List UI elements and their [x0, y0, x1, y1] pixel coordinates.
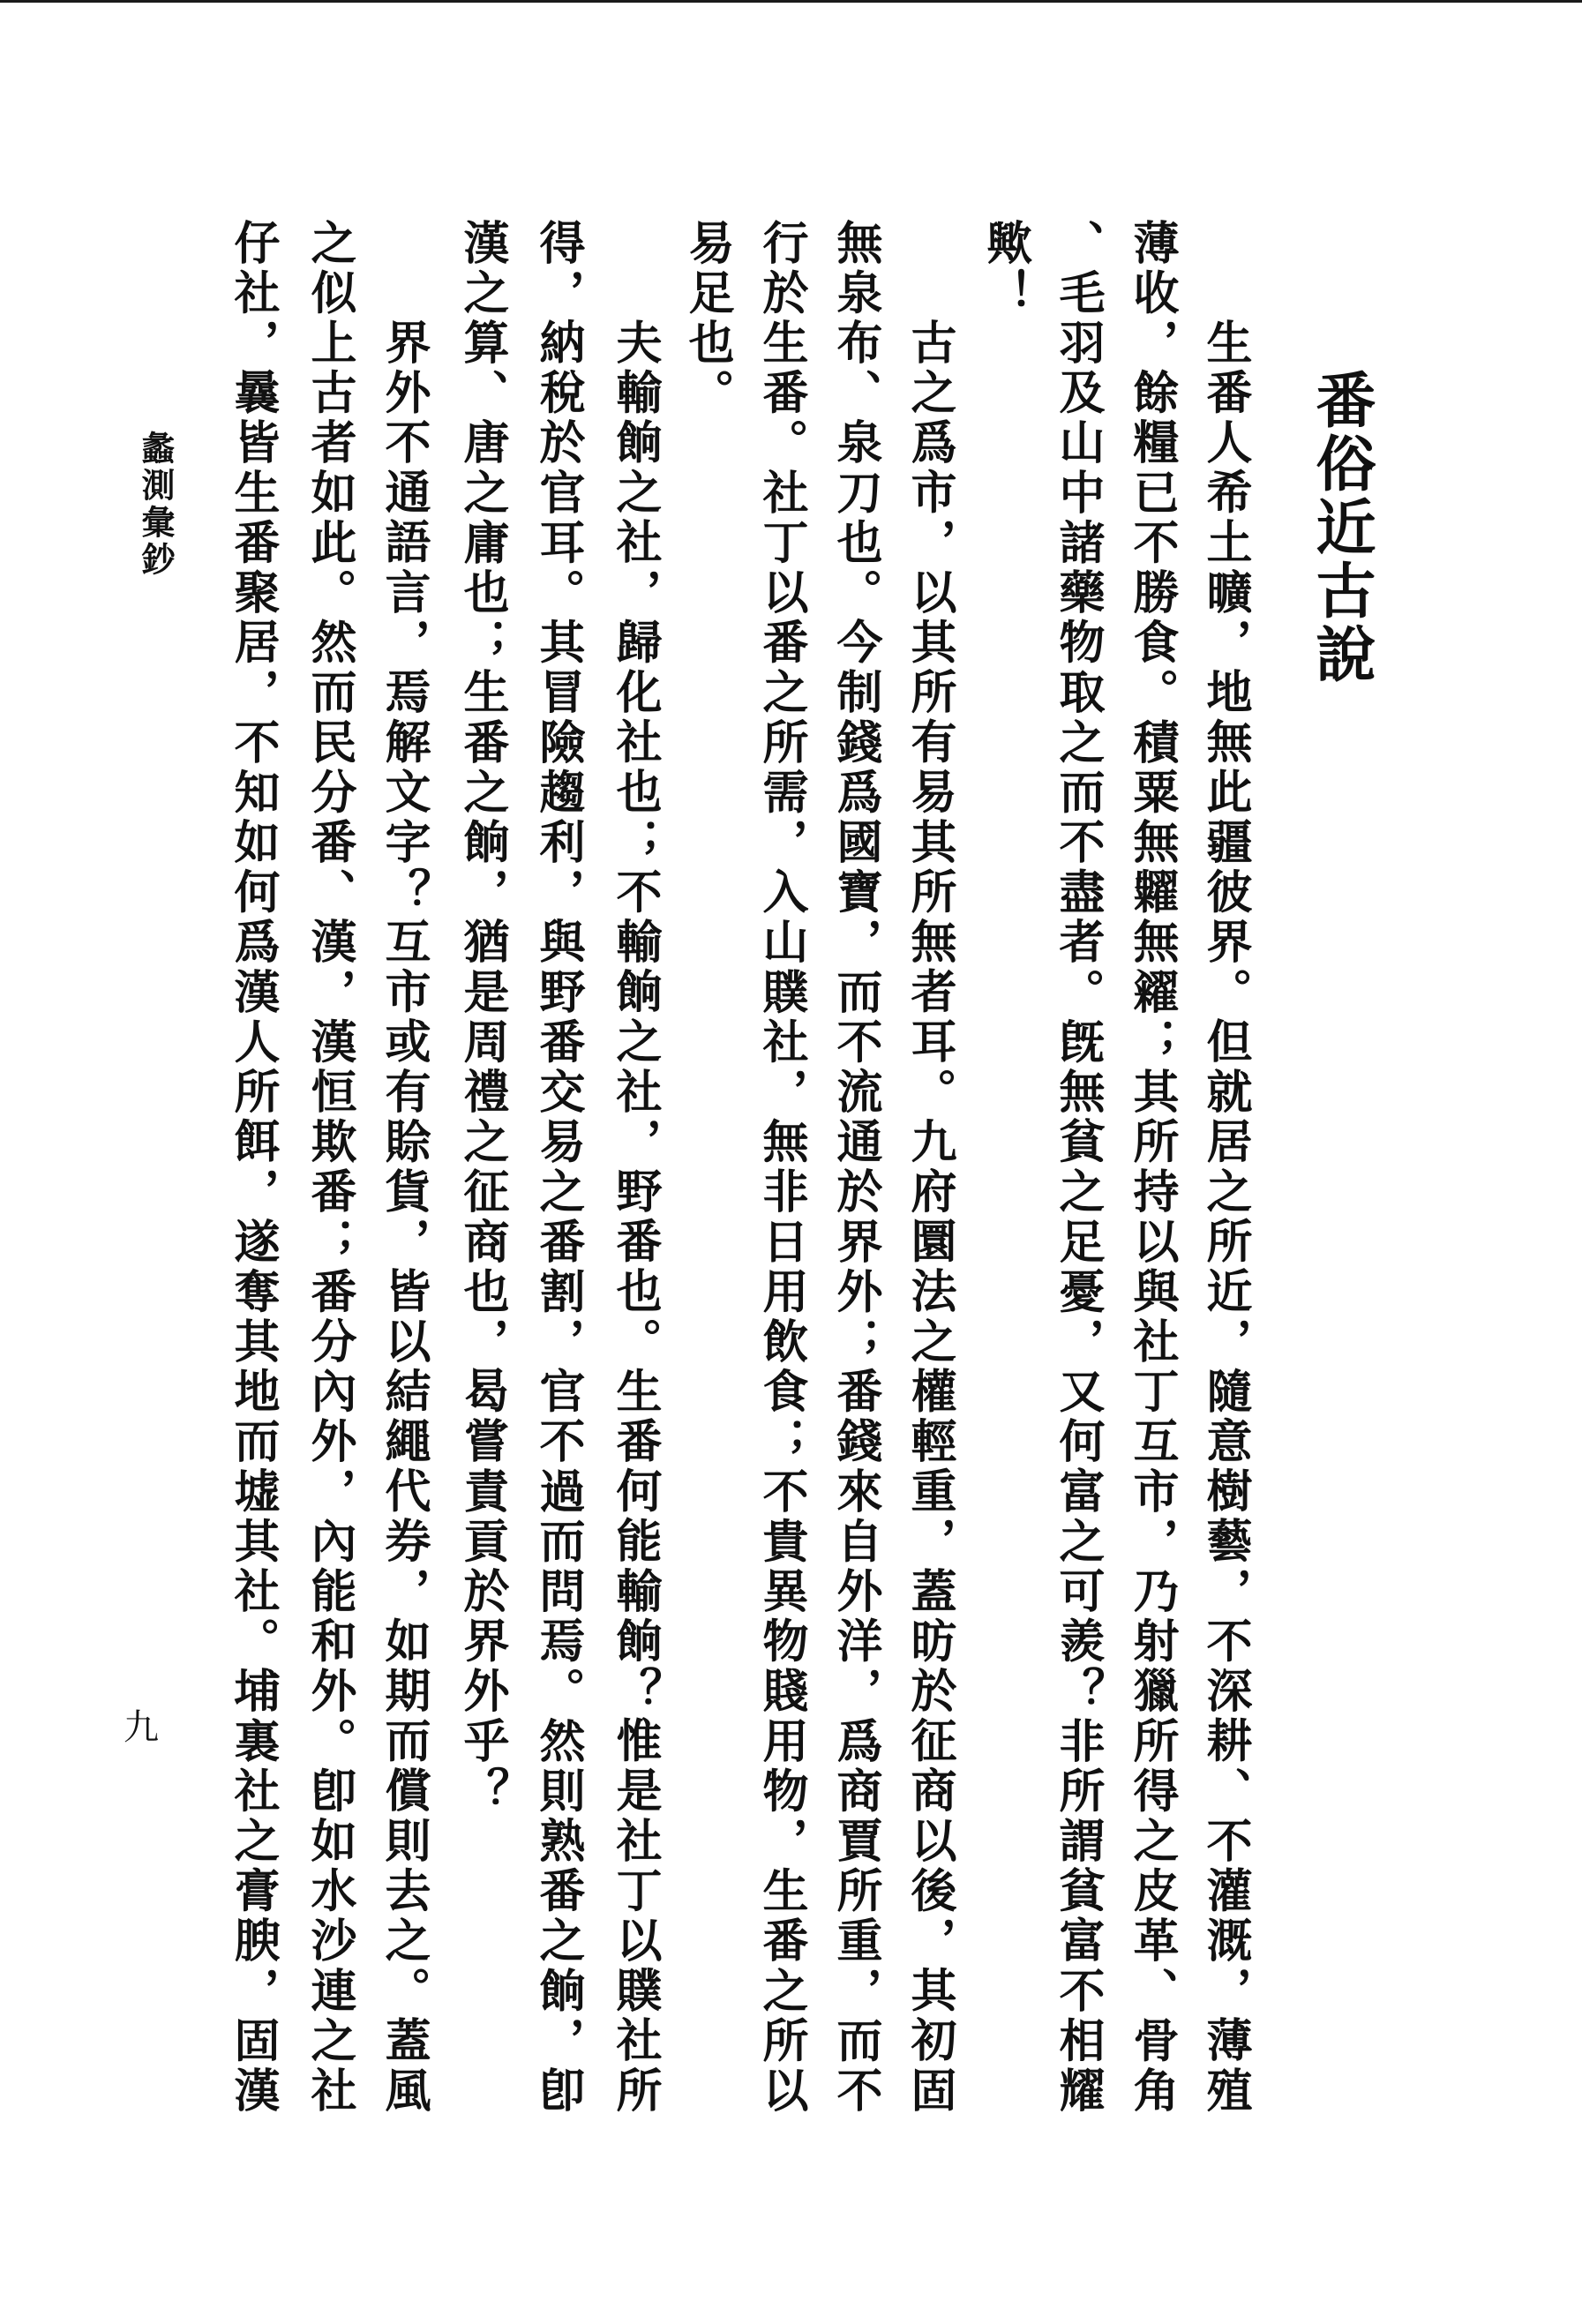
top-border-rule: [0, 0, 1582, 3]
text-column-4: 歟！: [978, 219, 1031, 319]
text-column-1: 生番人希土曠，地無此疆彼界。但就居之所近，隨意樹藝，不深耕、不灌溉，薄殖: [1198, 319, 1251, 2117]
page-number: 九: [124, 1708, 159, 1747]
text-column-12: 界外不通語言，焉解文字？互市或有賒貨，皆以結繩代券，如期而償則去之。蓋風: [377, 319, 430, 2117]
text-column-8: 易足也。: [680, 219, 733, 418]
book-title-margin: 蠡測彙鈔: [136, 431, 175, 579]
text-column-10: 得，納稅於官耳。其冒險趨利，與野番交易之番割，官不過而問焉。然則熟番之餉，卽: [531, 219, 584, 2117]
text-column-13: 之似上古者如此。然而民分番、漢，漢恒欺番；番分內外，內能和外。卽如水沙連之社: [303, 219, 356, 2117]
text-column-5: 古之爲市，以其所有易其所無者耳。九府圜法之權輕重，蓋昉於征商以後，其初固: [903, 319, 956, 2117]
text-column-7: 行於生番。社丁以番之所需，入山贌社，無非日用飲食；不貴異物賤用物，生番之所以: [754, 219, 807, 2117]
text-column-6: 無泉布、泉刀也。今制錢爲國寶，而不流通於界外；番錢來自外洋，爲商賈所重，而不: [828, 219, 881, 2117]
text-column-2: 薄收，餘糧已不勝食。積粟無糶無糴；其所持以與社丁互市，乃射獵所得之皮革、骨角: [1125, 219, 1178, 2117]
text-column-14: 仔社，曩皆生番聚居，不知如何爲漢人所餌，遂奪其地而墟其社。埔裏社之膏腴，固漢: [226, 219, 279, 2117]
text-column-9: 夫輸餉之社，歸化社也；不輸餉之社，野番也。生番何能輸餉？惟是社丁以贌社所: [608, 319, 661, 2117]
text-column-11: 漢之算、唐之庸也；生番之餉，猶是周禮之征商也，曷嘗責貢於界外乎？: [455, 219, 508, 1817]
article-title: 番俗近古說: [1309, 369, 1373, 686]
text-column-3: 、毛羽及山中諸藥物取之而不盡者。旣無貧之足憂，又何富之可羨？非所謂貧富不相耀: [1051, 219, 1104, 2117]
